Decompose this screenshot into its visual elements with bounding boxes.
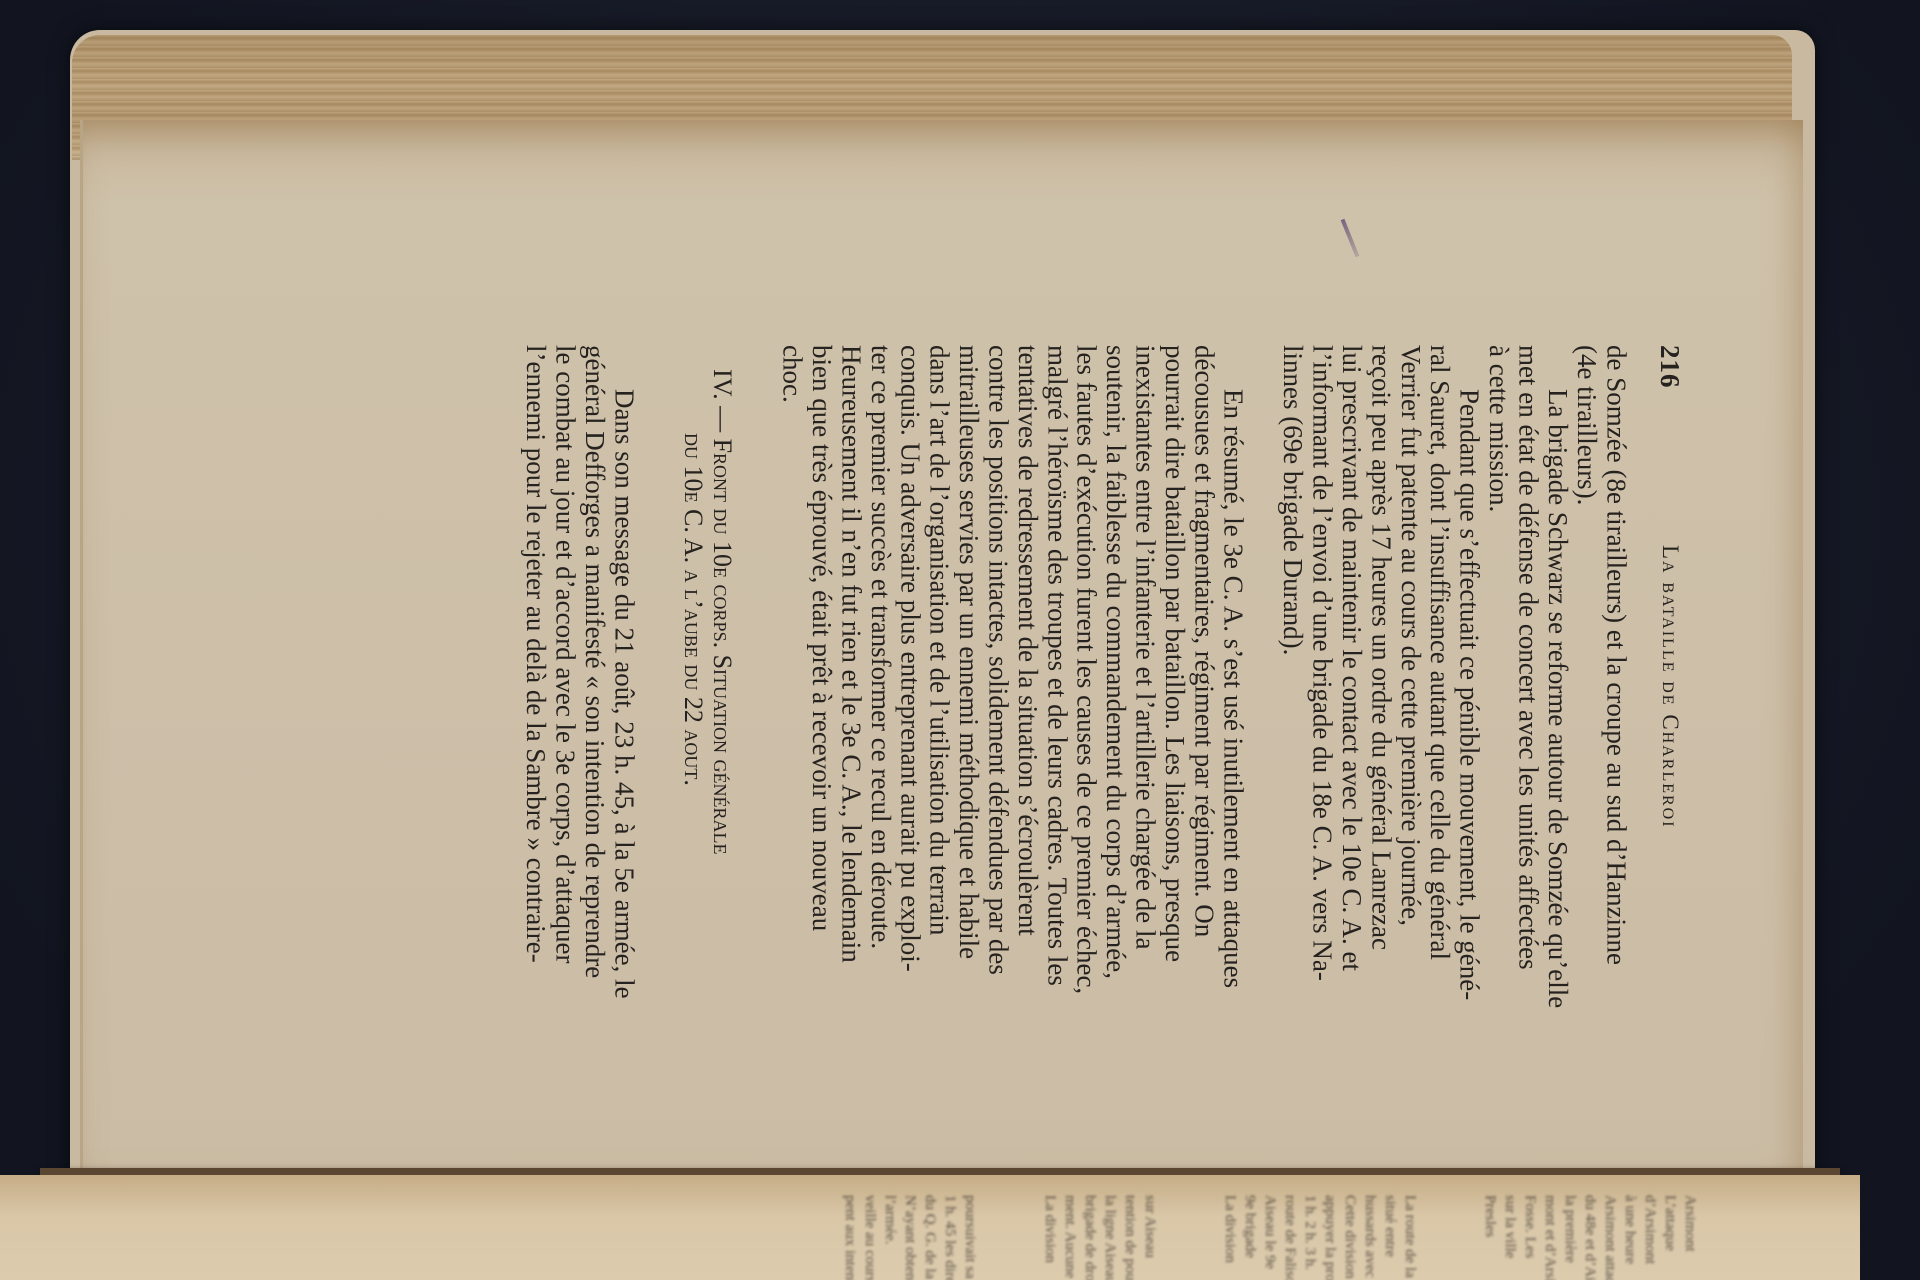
- text-line: à cette mission.: [1484, 345, 1513, 1195]
- facing-line: hussards avec: [1360, 1195, 1380, 1280]
- text-line: reçoit peu après 17 heures un ordre du g…: [1366, 345, 1395, 1195]
- facing-line: la première: [1560, 1195, 1580, 1280]
- facing-line: Presles: [1480, 1195, 1500, 1280]
- facing-line: La division: [1220, 1195, 1240, 1280]
- section-heading-line-1: IV. — Front du 10e corps. Situation géné…: [708, 345, 737, 1195]
- section-heading: IV. — Front du 10e corps. Situation géné…: [638, 345, 777, 1195]
- text-line: mitrailleuses servies par un ennemi méth…: [954, 345, 983, 1195]
- section-title-line-1: Front du 10e corps. Situation générale: [708, 439, 737, 855]
- text-line: malgré l’héroïsme des troupes et de leur…: [1042, 345, 1071, 1195]
- text-line: inexistantes entre l’infanterie et l’art…: [1130, 345, 1159, 1195]
- paragraph: En résumé, le 3e C. A. s’est usé inutile…: [777, 345, 1248, 1195]
- facing-line: Arsimont: [1680, 1195, 1700, 1280]
- text-line: La brigade Schwarz se reforme autour de …: [1542, 345, 1571, 1195]
- facing-line: Cette division: [1340, 1195, 1360, 1280]
- text-line: choc.: [777, 345, 806, 1195]
- facing-line: 9e brigade: [1240, 1195, 1260, 1280]
- page-number: 216: [1655, 345, 1685, 389]
- text-line: l’ennemi pour le rejeter au delà de la S…: [521, 345, 550, 1195]
- text-line: soutenir, la faiblesse du commandement d…: [1101, 345, 1130, 1195]
- section-number: IV.: [708, 369, 737, 400]
- text-line: lui prescrivant de maintenir le contact …: [1337, 345, 1366, 1195]
- text-line: les fautes d’exécution furent les causes…: [1071, 345, 1100, 1195]
- facing-line: situé entre: [1380, 1195, 1400, 1280]
- facing-line: N’ayant obtenu au: [900, 1195, 920, 1280]
- running-head: 216 La bataille de Charleroi: [1655, 345, 1685, 1195]
- facing-line: pent aux intentions: [840, 1195, 860, 1280]
- facing-line: Arsimont attaqué: [1600, 1195, 1620, 1280]
- text-line: de Somzée (8e tirailleurs) et la croupe …: [1601, 345, 1630, 1195]
- text-line: Pendant que s’effectuait ce pénible mouv…: [1454, 345, 1483, 1195]
- facing-line: mont et d’Arsimont: [1540, 1195, 1560, 1280]
- facing-line: appuyer la progression: [1320, 1195, 1340, 1280]
- paragraph: La brigade Schwarz se reforme autour de …: [1484, 345, 1572, 1195]
- text-line: ral Sauret, dont l’insuffisance autant q…: [1425, 345, 1454, 1195]
- facing-line: La division: [1040, 1195, 1060, 1280]
- facing-line: Fosse. Les: [1520, 1195, 1540, 1280]
- page-text: 216 La bataille de Charleroi de Somzée (…: [325, 345, 1685, 1195]
- text-line: conquis. Un adversaire plus entreprenant…: [895, 345, 924, 1195]
- facing-line: tention de pousser: [1120, 1195, 1140, 1280]
- facing-line: 1 h. 2 h. 3 h.: [1300, 1195, 1320, 1280]
- facing-line: Aiseau le 9e: [1260, 1195, 1280, 1280]
- paragraph: de Somzée (8e tirailleurs) et la croupe …: [1572, 345, 1631, 1195]
- text-line: met en état de défense de concert avec l…: [1513, 345, 1542, 1195]
- facing-line: veille au cours de la: [860, 1195, 880, 1280]
- text-line: Heureusement il n’en fut rien et le 3e C…: [836, 345, 865, 1195]
- facing-line: route de Falisolle: [1280, 1195, 1300, 1280]
- section-title-line-2: du 10e C. A. a l’aube du 22 aout.: [678, 345, 707, 1195]
- facing-line: la ligne Aiseau: [1100, 1195, 1120, 1280]
- text-line: l’informant de l’envoi d’une brigade du …: [1307, 345, 1336, 1195]
- text-line: général Defforges a manifesté « son inte…: [580, 345, 609, 1195]
- text-line: En résumé, le 3e C. A. s’est usé inutile…: [1218, 345, 1247, 1195]
- facing-line: sur Aiseau: [1140, 1195, 1160, 1280]
- facing-line: La route de la: [1400, 1195, 1420, 1280]
- text-line: le combat au jour et d’accord avec le 3e…: [550, 345, 579, 1195]
- text-line: linnes (69e brigade Durand).: [1278, 345, 1307, 1195]
- facing-line: L’attaque: [1660, 1195, 1680, 1280]
- section-dash: —: [708, 406, 737, 432]
- text-line: ter ce premier succès et transformer ce …: [865, 345, 894, 1195]
- facing-line: brigade de droite: [1080, 1195, 1100, 1280]
- text-line: décousues et fragmentaires, régiment par…: [1189, 345, 1218, 1195]
- paragraph: Dans son message du 21 août, 23 h. 45, à…: [521, 345, 639, 1195]
- facing-line: à une heure: [1620, 1195, 1640, 1280]
- facing-line: ment. Aucune: [1060, 1195, 1080, 1280]
- text-line: pourrait dire bataillon par bataillon. L…: [1160, 345, 1189, 1195]
- facing-line: poursuivait sa mission: [960, 1195, 980, 1280]
- facing-line: du 48e et d’Aiseau: [1580, 1195, 1600, 1280]
- paragraph: Pendant que s’effectuait ce pénible mouv…: [1278, 345, 1484, 1195]
- facing-line: 1 h. 45 les directives: [940, 1195, 960, 1280]
- facing-line: d’Arsimont: [1640, 1195, 1660, 1280]
- facing-line: sur la ville: [1500, 1195, 1520, 1280]
- facing-line: l’armée.: [880, 1195, 900, 1280]
- text-line: dans l’art de l’organisation et de l’uti…: [924, 345, 953, 1195]
- text-line: Verrier fut patente au cours de cette pr…: [1395, 345, 1424, 1195]
- photo-scene: 216 La bataille de Charleroi de Somzée (…: [0, 0, 1920, 1280]
- text-line: (4e tirailleurs).: [1572, 345, 1601, 1195]
- text-line: bien que très éprouvé, était prêt à rece…: [807, 345, 836, 1195]
- text-line: Dans son message du 21 août, 23 h. 45, à…: [609, 345, 638, 1195]
- facing-line: du Q. G. de la 5e: [920, 1195, 940, 1280]
- running-head-title: La bataille de Charleroi: [1656, 545, 1685, 829]
- text-line: contre les positions intactes, solidemen…: [983, 345, 1012, 1195]
- text-line: tentatives de redressement de la situati…: [1012, 345, 1041, 1195]
- facing-page-text: Arsimont L’attaque d’Arsimont à une heur…: [300, 1195, 1700, 1280]
